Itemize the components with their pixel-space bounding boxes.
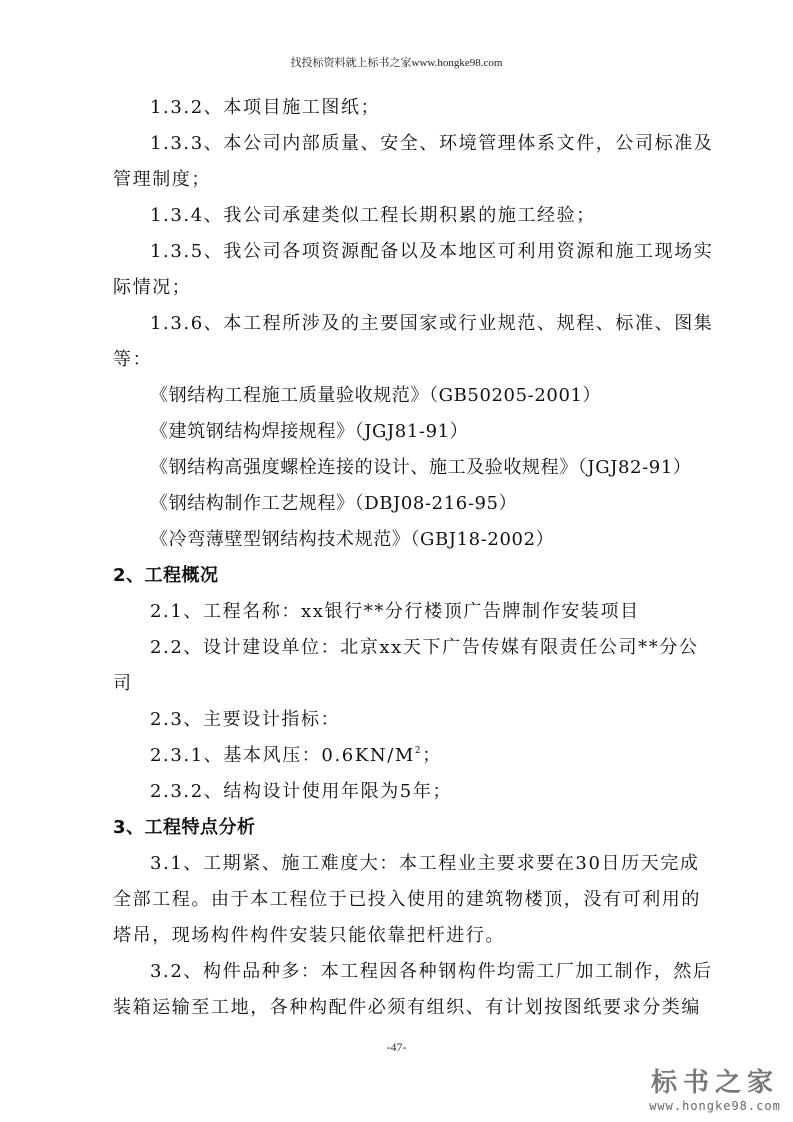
list-item-2-2-cont: 司 bbox=[113, 666, 683, 702]
watermark-logo: 标书之家 www.hongke98.com bbox=[645, 1068, 785, 1114]
page-header: 找投标资料就上标书之家www.hongke98.com bbox=[0, 54, 793, 70]
section-heading-2: 2、工程概况 bbox=[113, 558, 683, 594]
list-item-3-1: 3.1、工期紧、施工难度大：本工程业主要求要在30日历天完成 bbox=[113, 846, 683, 882]
watermark-url: www.hongke98.com bbox=[645, 1098, 785, 1114]
watermark-title: 标书之家 bbox=[645, 1068, 785, 1098]
standard-ref-gbj18: 《冷弯薄壁型钢结构技术规范》（GBJ18-2002） bbox=[113, 522, 683, 558]
list-item-1-3-6-cont: 等： bbox=[113, 342, 683, 378]
list-item-3-2-cont: 装箱运输至工地，各种构配件必须有组织、有计划按图纸要求分类编 bbox=[113, 990, 683, 1026]
section-heading-3: 3、工程特点分析 bbox=[113, 810, 683, 846]
standard-ref-dbj08: 《钢结构制作工艺规程》（DBJ08-216-95） bbox=[113, 486, 683, 522]
wind-pressure-tail: ； bbox=[422, 745, 442, 766]
standard-ref-gb50205: 《钢结构工程施工质量验收规范》（GB50205-2001） bbox=[113, 378, 683, 414]
list-item-3-1-cont-2: 塔吊，现场构件构件安装只能依靠把杆进行。 bbox=[113, 918, 683, 954]
wind-pressure-text: 2.3.1、基本风压：0.6KN/M bbox=[150, 745, 415, 766]
list-item-1-3-3-cont: 管理制度； bbox=[113, 162, 683, 198]
document-body: 1.3.2、本项目施工图纸； 1.3.3、本公司内部质量、安全、环境管理体系文件… bbox=[113, 90, 683, 1026]
list-item-3-1-cont-1: 全部工程。由于本工程位于已投入使用的建筑物楼顶，没有可利用的 bbox=[113, 882, 683, 918]
list-item-2-3-1: 2.3.1、基本风压：0.6KN/M2； bbox=[113, 738, 683, 774]
standard-ref-jgj81: 《建筑钢结构焊接规程》（JGJ81-91） bbox=[113, 414, 683, 450]
list-item-2-1: 2.1、工程名称：xx银行**分行楼顶广告牌制作安装项目 bbox=[113, 594, 683, 630]
list-item-2-2: 2.2、设计建设单位：北京xx天下广告传媒有限责任公司**分公 bbox=[113, 630, 683, 666]
list-item-2-3: 2.3、主要设计指标： bbox=[113, 702, 683, 738]
list-item-1-3-5-cont: 际情况； bbox=[113, 270, 683, 306]
list-item-1-3-5: 1.3.5、我公司各项资源配备以及本地区可利用资源和施工现场实 bbox=[113, 234, 683, 270]
list-item-2-3-2: 2.3.2、结构设计使用年限为5年； bbox=[113, 774, 683, 810]
list-item-3-2: 3.2、构件品种多：本工程因各种钢构件均需工厂加工制作，然后 bbox=[113, 954, 683, 990]
standard-ref-jgj82: 《钢结构高强度螺栓连接的设计、施工及验收规程》（JGJ82-91） bbox=[113, 450, 683, 486]
list-item-1-3-4: 1.3.4、我公司承建类似工程长期积累的施工经验； bbox=[113, 198, 683, 234]
page-number: -47- bbox=[0, 1040, 793, 1055]
list-item-1-3-2: 1.3.2、本项目施工图纸； bbox=[113, 90, 683, 126]
list-item-1-3-6: 1.3.6、本工程所涉及的主要国家或行业规范、规程、标准、图集 bbox=[113, 306, 683, 342]
list-item-1-3-3: 1.3.3、本公司内部质量、安全、环境管理体系文件，公司标准及 bbox=[113, 126, 683, 162]
